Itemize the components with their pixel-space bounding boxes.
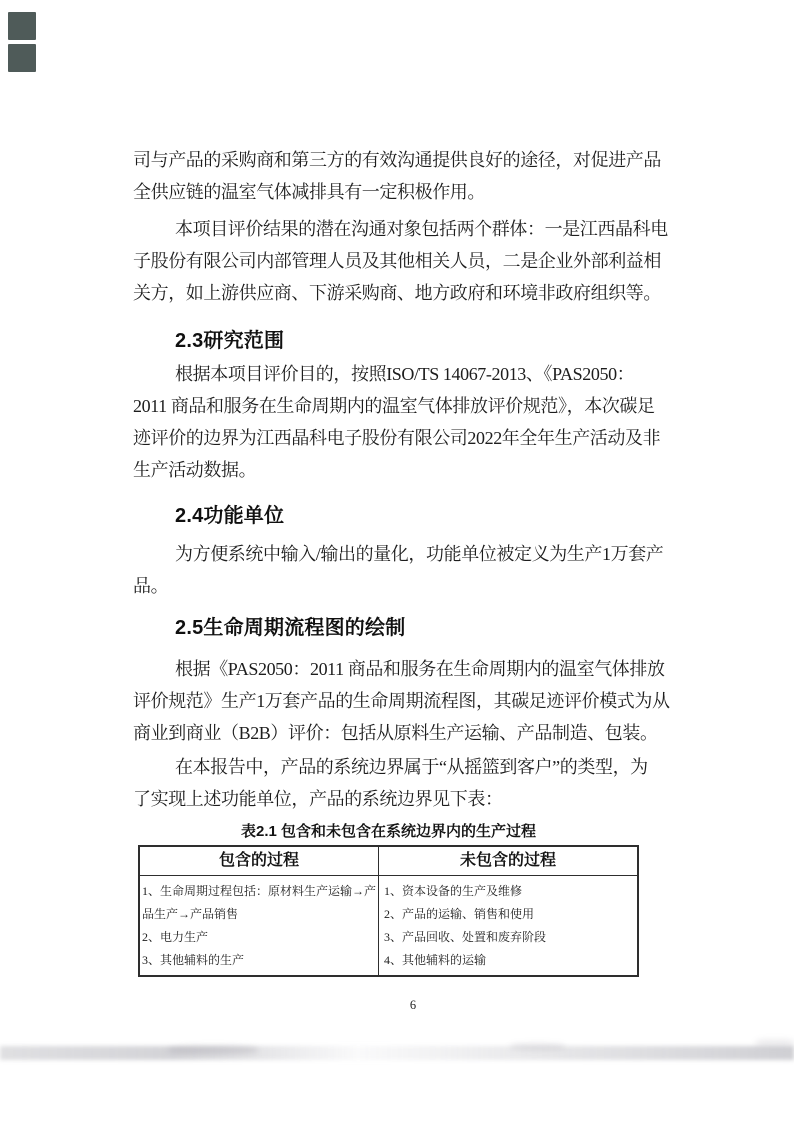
scan-smudge bbox=[510, 1043, 565, 1050]
document-page: 司与产品的采购商和第三方的有效沟通提供良好的途径，对促进产品全供应链的温室气体减… bbox=[0, 0, 794, 1123]
paragraph-research-scope: 根据本项目评价目的，按照ISO/TS 14067-2013、《PAS2050：2… bbox=[133, 358, 663, 486]
scan-shadow-band bbox=[0, 1046, 794, 1060]
text-line: 2、产品的运输、销售和使用 bbox=[384, 903, 635, 926]
page-number: 6 bbox=[0, 998, 794, 1013]
system-boundary-table: 包含的过程 未包含的过程 1、生命周期过程包括：原材料生产运输→产品生产→产品销… bbox=[138, 845, 639, 977]
text-line: 评价规范》生产1万套产品的生命周期流程图，其碳足迹评价模式为从 bbox=[133, 685, 663, 717]
table-cell-excluded-processes: 1、资本设备的生产及维修2、产品的运输、销售和使用3、产品回收、处置和废弃阶段4… bbox=[379, 876, 637, 975]
text-line: 迹评价的边界为江西晶科电子股份有限公司2022年全年生产活动及非 bbox=[133, 422, 663, 454]
section-heading-2-5: 2.5生命周期流程图的绘制 bbox=[175, 615, 405, 641]
text-line: 关方，如上游供应商、下游采购商、地方政府和环境非政府组织等。 bbox=[133, 277, 663, 309]
text-line: 了实现上述功能单位，产品的系统边界见下表： bbox=[133, 783, 663, 815]
text-line: 品。 bbox=[133, 570, 663, 602]
section-heading-2-4: 2.4功能单位 bbox=[175, 503, 284, 529]
text-line: 3、其他辅料的生产 bbox=[142, 949, 376, 972]
scan-corner-artifact-top bbox=[8, 12, 36, 40]
scan-smudge bbox=[755, 1039, 794, 1047]
text-line: 为方便系统中输入/输出的量化，功能单位被定义为生产1万套产 bbox=[133, 538, 663, 570]
text-line: 司与产品的采购商和第三方的有效沟通提供良好的途径，对促进产品 bbox=[133, 144, 663, 176]
paragraph-lifecycle-flowchart: 根据《PAS2050：2011 商品和服务在生命周期内的温室气体排放评价规范》生… bbox=[133, 653, 663, 749]
paragraph-functional-unit: 为方便系统中输入/输出的量化，功能单位被定义为生产1万套产品。 bbox=[133, 538, 663, 602]
table-header-included: 包含的过程 bbox=[140, 847, 379, 875]
text-line: 本项目评价结果的潜在沟通对象包括两个群体：一是江西晶科电 bbox=[133, 213, 663, 245]
text-line: 品生产→产品销售 bbox=[142, 903, 376, 926]
text-line: 1、生命周期过程包括：原材料生产运输→产 bbox=[142, 880, 376, 903]
paragraph-communication-targets: 本项目评价结果的潜在沟通对象包括两个群体：一是江西晶科电子股份有限公司内部管理人… bbox=[133, 213, 663, 309]
scan-corner-artifact-bottom bbox=[8, 44, 36, 72]
text-line: 生产活动数据。 bbox=[133, 454, 663, 486]
table-caption: 表2.1 包含和未包含在系统边界内的生产过程 bbox=[138, 822, 639, 842]
text-line: 2、电力生产 bbox=[142, 926, 376, 949]
table-header-excluded: 未包含的过程 bbox=[379, 847, 637, 875]
table-header-row: 包含的过程 未包含的过程 bbox=[140, 847, 637, 876]
table-cell-included-processes: 1、生命周期过程包括：原材料生产运输→产品生产→产品销售2、电力生产3、其他辅料… bbox=[140, 876, 379, 975]
text-line: 根据本项目评价目的，按照ISO/TS 14067-2013、《PAS2050： bbox=[133, 358, 663, 390]
scan-smudge bbox=[168, 1046, 258, 1054]
text-line: 2011 商品和服务在生命周期内的温室气体排放评价规范》，本次碳足 bbox=[133, 390, 663, 422]
paragraph-supply-chain: 司与产品的采购商和第三方的有效沟通提供良好的途径，对促进产品全供应链的温室气体减… bbox=[133, 144, 663, 208]
table-body-row: 1、生命周期过程包括：原材料生产运输→产品生产→产品销售2、电力生产3、其他辅料… bbox=[140, 876, 637, 975]
text-line: 3、产品回收、处置和废弃阶段 bbox=[384, 926, 635, 949]
text-line: 全供应链的温室气体减排具有一定积极作用。 bbox=[133, 176, 663, 208]
text-line: 根据《PAS2050：2011 商品和服务在生命周期内的温室气体排放 bbox=[133, 653, 663, 685]
paragraph-system-boundary: 在本报告中，产品的系统边界属于“从摇篮到客户”的类型，为了实现上述功能单位，产品… bbox=[133, 751, 663, 815]
text-line: 在本报告中，产品的系统边界属于“从摇篮到客户”的类型，为 bbox=[133, 751, 663, 783]
text-line: 子股份有限公司内部管理人员及其他相关人员，二是企业外部利益相 bbox=[133, 245, 663, 277]
section-heading-2-3: 2.3研究范围 bbox=[175, 328, 284, 354]
text-line: 商业到商业（B2B）评价：包括从原料生产运输、产品制造、包装。 bbox=[133, 717, 663, 749]
text-line: 4、其他辅料的运输 bbox=[384, 949, 635, 972]
text-line: 1、资本设备的生产及维修 bbox=[384, 880, 635, 903]
